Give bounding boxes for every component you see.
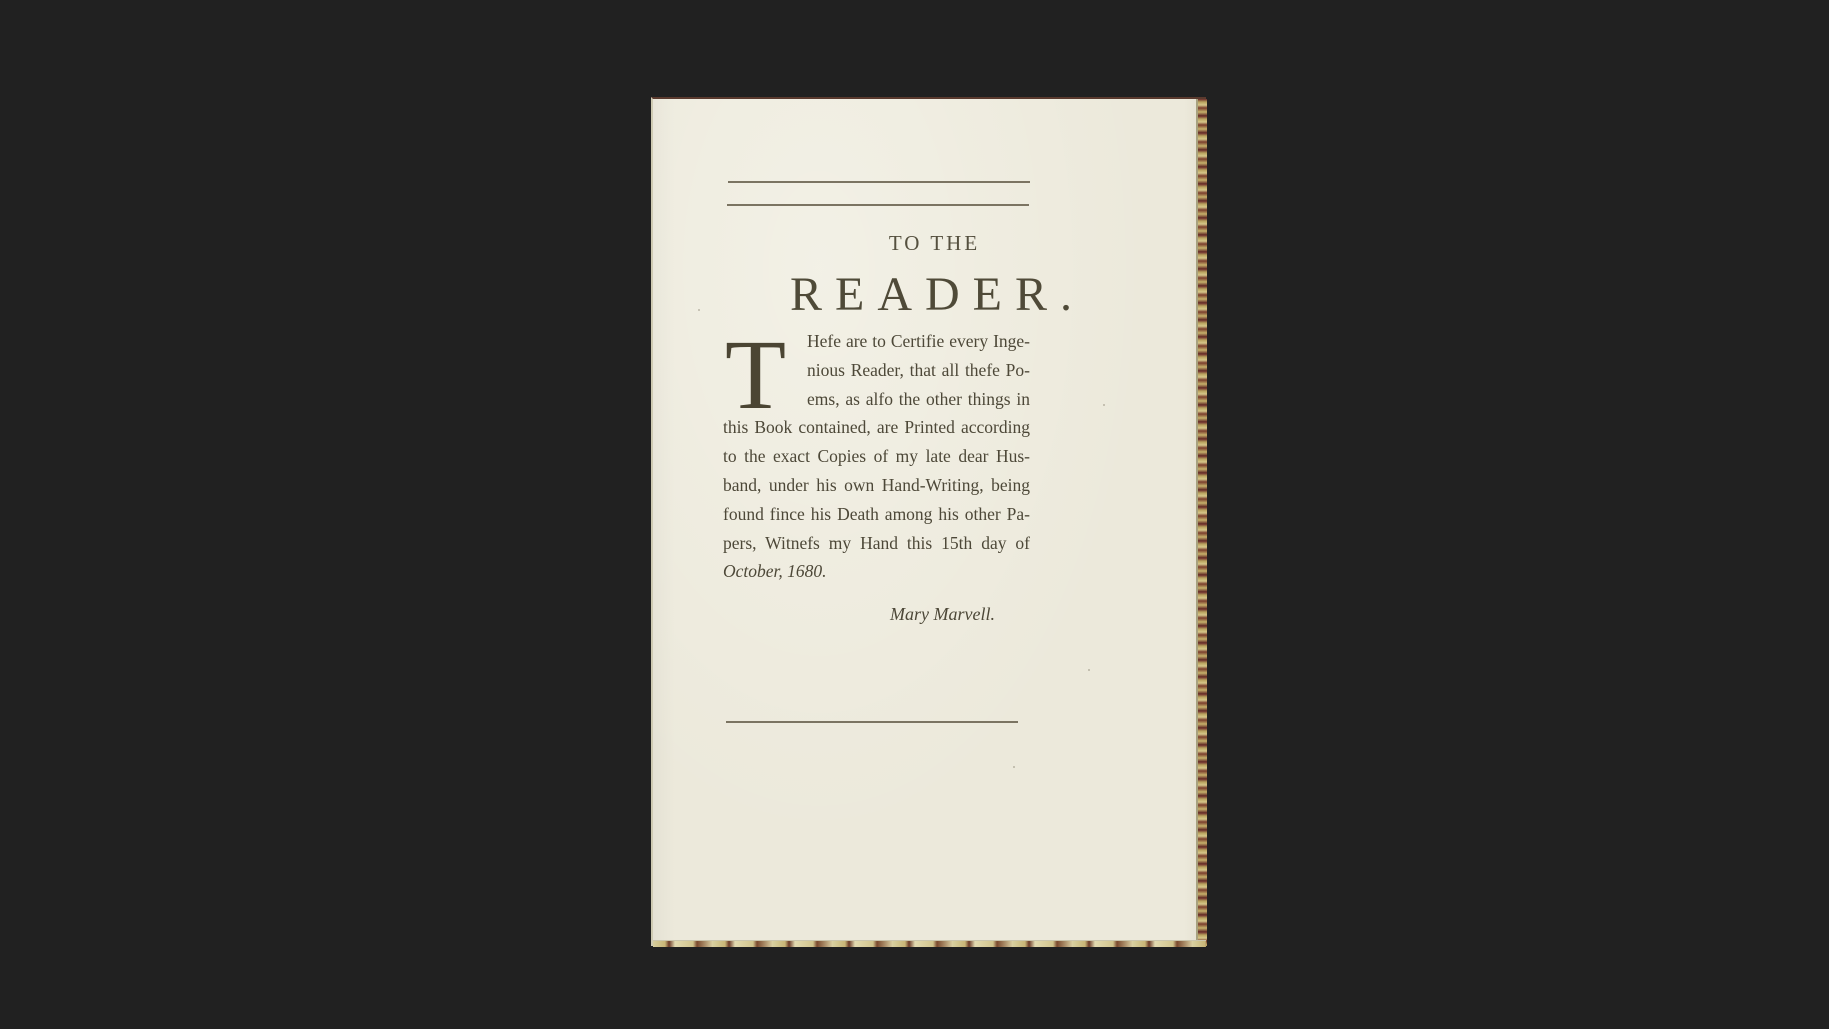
body-line: Hefe are to Certifie every Inge- xyxy=(723,327,1030,356)
bottom-rule xyxy=(726,721,1018,723)
body-line: band, under his own Hand-Writing, being xyxy=(723,471,1030,500)
body-line: nious Reader, that all thefe Po- xyxy=(723,356,1030,385)
body-line: ems, as alfo the other things in xyxy=(723,385,1030,414)
heading-to-the: TO THE xyxy=(653,231,1206,256)
paper-speck xyxy=(698,309,700,311)
gilt-edge-right xyxy=(1196,99,1207,946)
body-paragraph: Hefe are to Certifie every Inge- nious R… xyxy=(723,327,1030,586)
gilt-edge-bottom xyxy=(653,940,1206,947)
top-rule-1 xyxy=(728,181,1030,183)
book-page: TO THE READER. T Hefe are to Certifie ev… xyxy=(651,97,1206,946)
body-line: found fince his Death among his other Pa… xyxy=(723,500,1030,529)
body-line-date: October, 1680. xyxy=(723,557,1030,586)
signature: Mary Marvell. xyxy=(890,604,995,625)
body-line: to the exact Copies of my late dear Hus- xyxy=(723,442,1030,471)
paper-speck xyxy=(1103,404,1105,406)
body-line: pers, Witnefs my Hand this 15th day of xyxy=(723,529,1030,558)
heading-reader: READER. xyxy=(653,267,1206,322)
body-line: this Book contained, are Printed accordi… xyxy=(723,413,1030,442)
top-rule-2 xyxy=(727,204,1029,206)
paper-speck xyxy=(1013,766,1015,768)
paper-speck xyxy=(1088,669,1090,671)
